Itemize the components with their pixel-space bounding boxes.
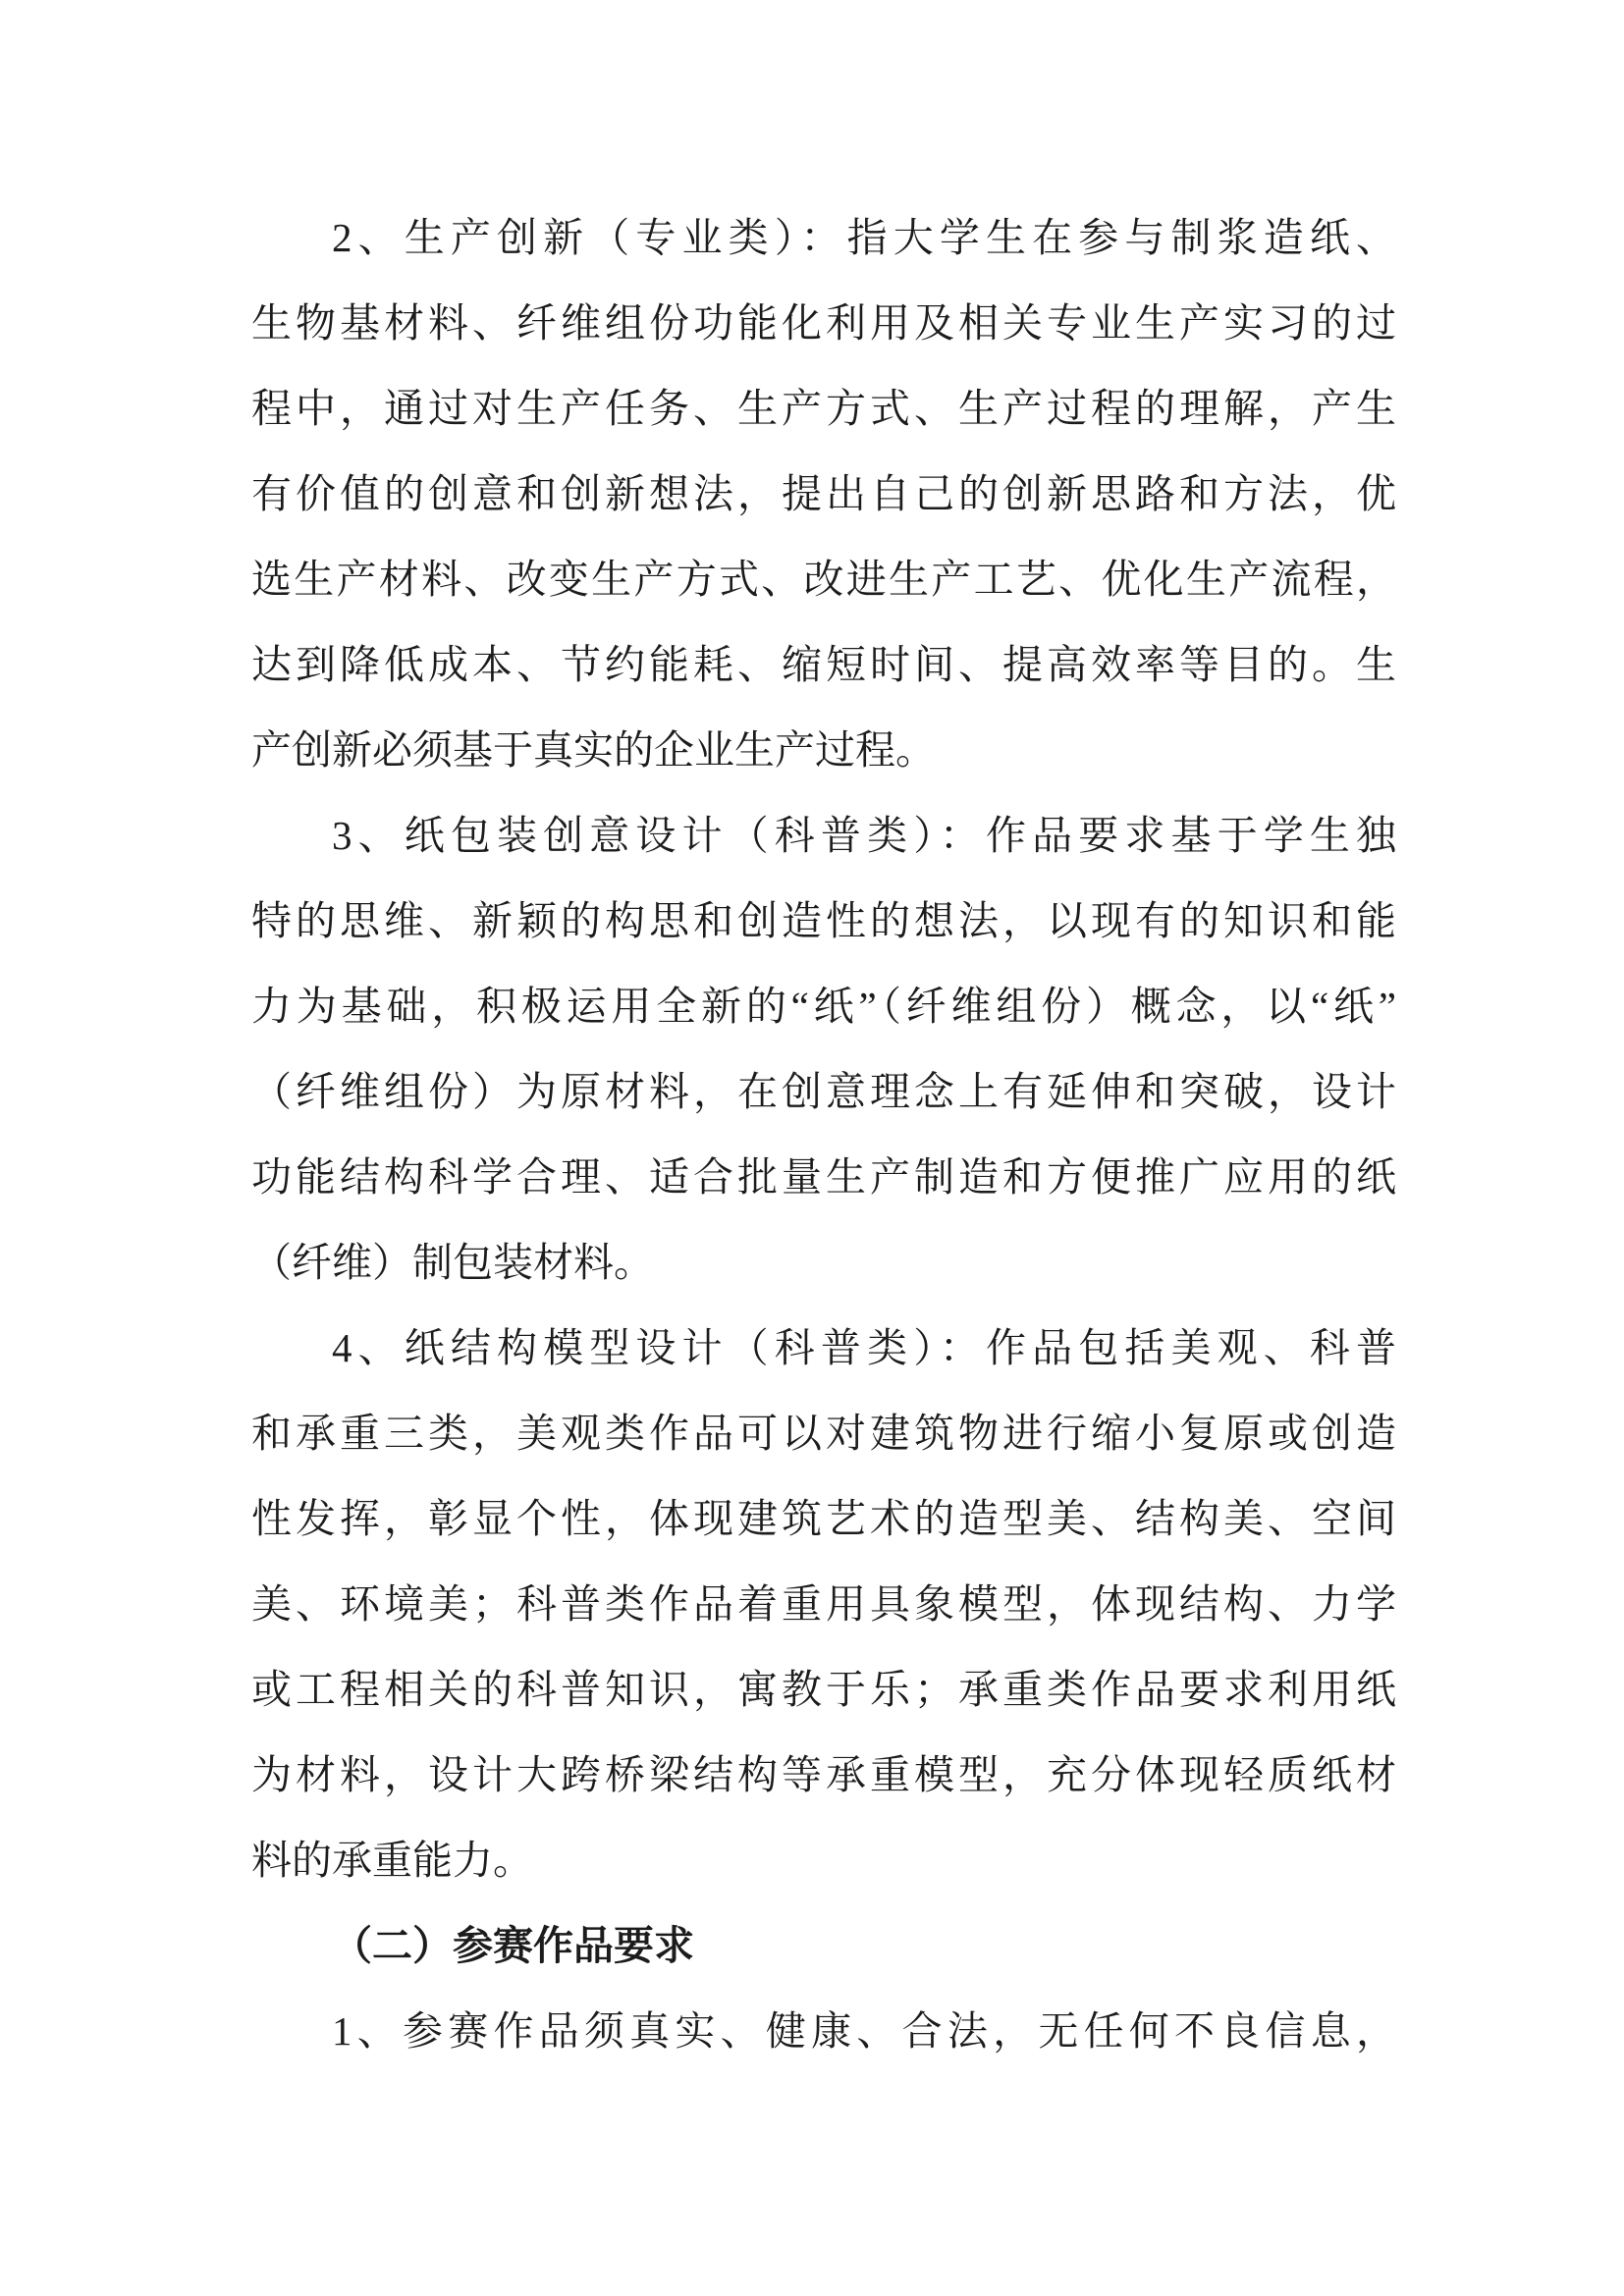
text-line: 选生产材料、改变生产方式、改进生产工艺、优化生产流程，	[251, 537, 1396, 622]
text-line: 2、生产创新（专业类）：指大学生在参与制浆造纸、	[251, 195, 1396, 281]
text-line: 1、参赛作品须真实、健康、合法，无任何不良信息，	[251, 1989, 1396, 2074]
text-line: 力为基础，积极运用全新的“纸”（纤维组份）概念，以“纸”	[251, 964, 1396, 1049]
text-line: 达到降低成本、节约能耗、缩短时间、提高效率等目的。生	[251, 622, 1396, 708]
text-line: 和承重三类，美观类作品可以对建筑物进行缩小复原或创造	[251, 1391, 1396, 1476]
document-page: 2、生产创新（专业类）：指大学生在参与制浆造纸、 生物基材料、纤维组份功能化利用…	[0, 0, 1624, 2296]
paragraph-paper-structure-model: 4、纸结构模型设计（科普类）：作品包括美观、科普 和承重三类，美观类作品可以对建…	[251, 1306, 1396, 1903]
text-line: 产创新必须基于真实的企业生产过程。	[251, 708, 1396, 793]
text-line: 3、纸包装创意设计（科普类）：作品要求基于学生独	[251, 793, 1396, 879]
text-line: （纤维）制包装材料。	[251, 1220, 1396, 1306]
section-heading: （二）参赛作品要求	[251, 1903, 1396, 1989]
text-line: 功能结构科学合理、适合批量生产制造和方便推广应用的纸	[251, 1135, 1396, 1220]
text-line: 4、纸结构模型设计（科普类）：作品包括美观、科普	[251, 1306, 1396, 1391]
text-line: 生物基材料、纤维组份功能化利用及相关专业生产实习的过	[251, 281, 1396, 366]
text-line: （纤维组份）为原材料，在创意理念上有延伸和突破，设计	[251, 1049, 1396, 1135]
paragraph-entry-requirement-1: 1、参赛作品须真实、健康、合法，无任何不良信息，	[251, 1989, 1396, 2074]
text-line: 程中，通过对生产任务、生产方式、生产过程的理解，产生	[251, 366, 1396, 452]
section-heading-group: （二）参赛作品要求	[251, 1903, 1396, 1989]
paragraph-production-innovation: 2、生产创新（专业类）：指大学生在参与制浆造纸、 生物基材料、纤维组份功能化利用…	[251, 195, 1396, 793]
text-line: 性发挥，彰显个性，体现建筑艺术的造型美、结构美、空间	[251, 1476, 1396, 1562]
document-body: 2、生产创新（专业类）：指大学生在参与制浆造纸、 生物基材料、纤维组份功能化利用…	[251, 195, 1396, 2074]
text-line: 或工程相关的科普知识，寓教于乐；承重类作品要求利用纸	[251, 1647, 1396, 1733]
text-line: 美、环境美；科普类作品着重用具象模型，体现结构、力学	[251, 1562, 1396, 1647]
text-line: 料的承重能力。	[251, 1818, 1396, 1903]
text-line: 特的思维、新颖的构思和创造性的想法，以现有的知识和能	[251, 879, 1396, 964]
paragraph-paper-packaging-design: 3、纸包装创意设计（科普类）：作品要求基于学生独 特的思维、新颖的构思和创造性的…	[251, 793, 1396, 1306]
text-line: 有价值的创意和创新想法，提出自己的创新思路和方法，优	[251, 452, 1396, 537]
text-line: 为材料，设计大跨桥梁结构等承重模型，充分体现轻质纸材	[251, 1733, 1396, 1818]
